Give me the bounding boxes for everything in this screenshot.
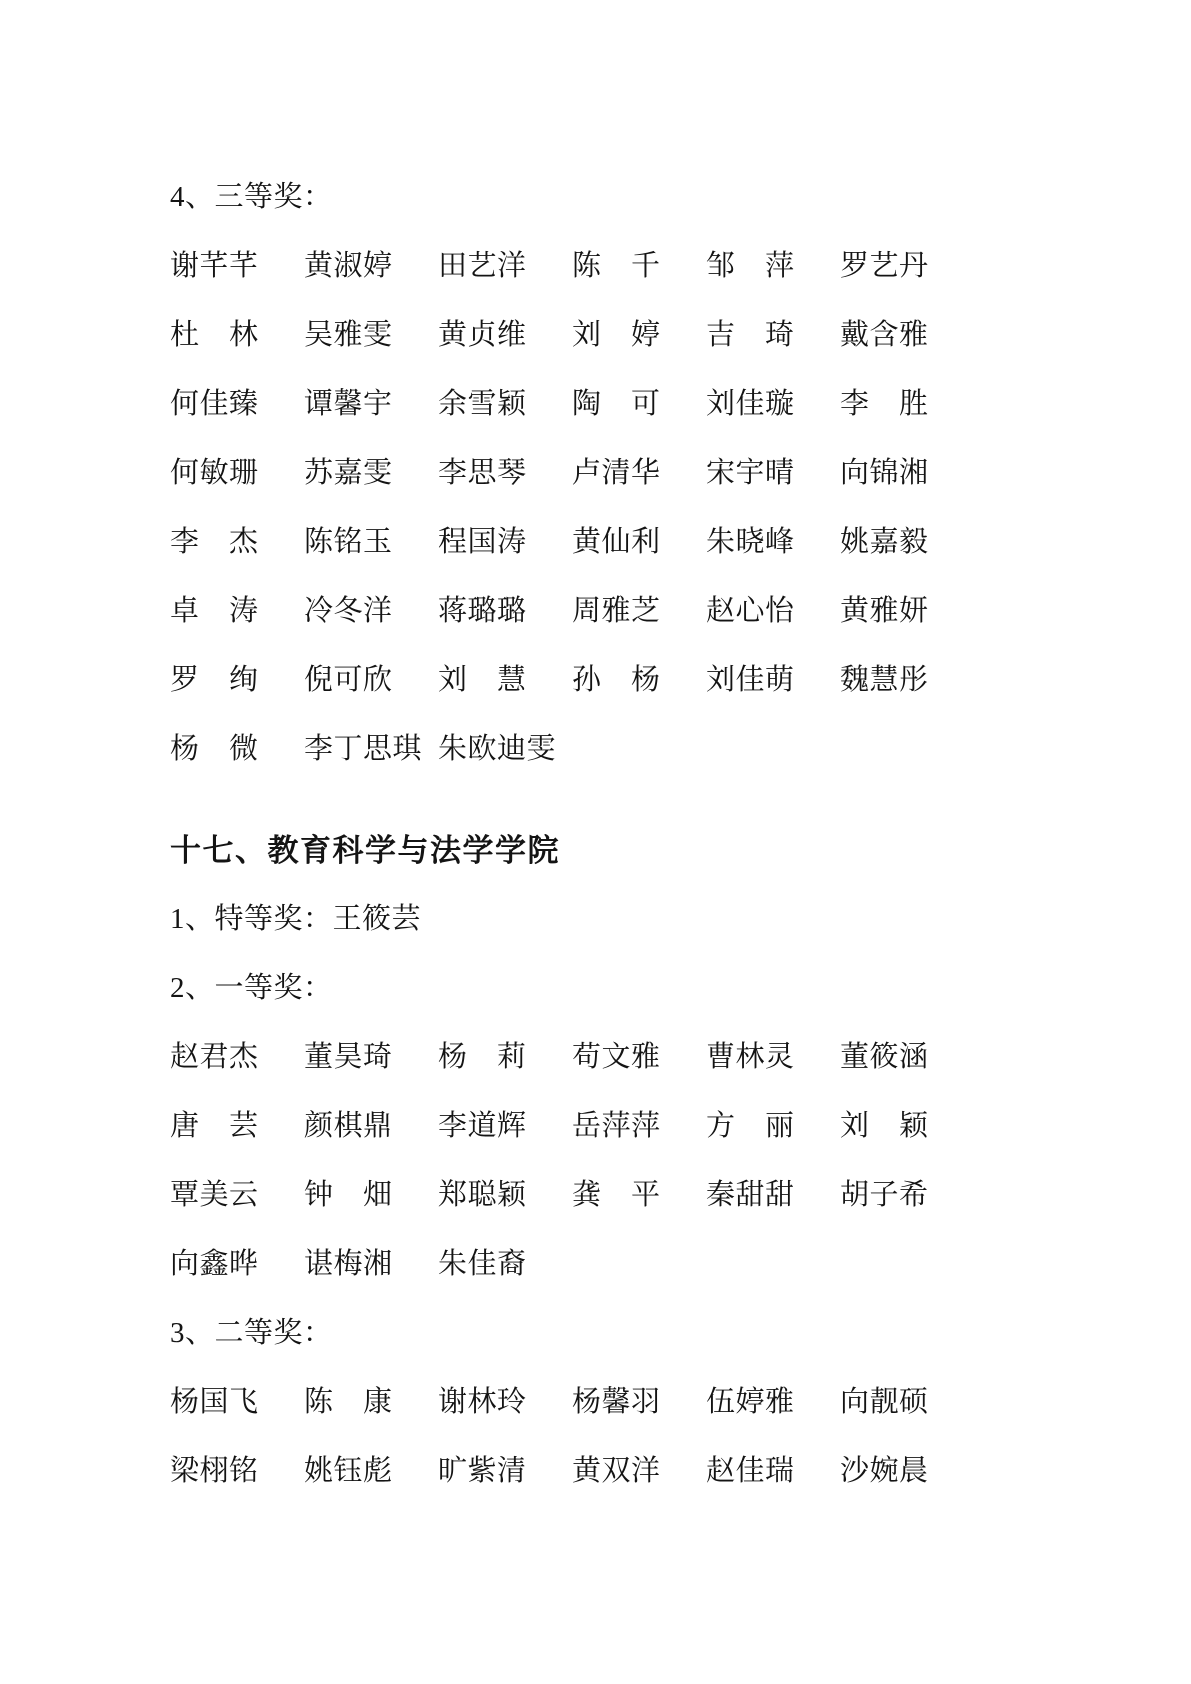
awardee-name: 周雅芝 — [572, 588, 670, 629]
awardee-name: 李丁思琪 — [304, 726, 402, 767]
awardee-name: 谭馨宇 — [304, 381, 402, 422]
names-row: 卓 涛冷冬洋蒋璐璐周雅芝赵心怡黄雅妍 — [170, 574, 938, 643]
awardee-name: 方 丽 — [706, 1103, 804, 1144]
names-row: 梁栩铭姚钰彪旷紫清黄双洋赵佳瑞沙婉晨 — [170, 1434, 938, 1503]
awardee-name: 杨 莉 — [438, 1034, 536, 1075]
names-row: 谢芊芊黄淑婷田艺洋陈 千邹 萍罗艺丹 — [170, 229, 938, 298]
awardee-name: 罗艺丹 — [840, 243, 938, 284]
names-row: 杨 微李丁思琪朱欧迪雯 — [170, 712, 938, 781]
awardee-name: 董昊琦 — [304, 1034, 402, 1075]
awardee-name: 刘佳萌 — [706, 657, 804, 698]
document-page: 4、三等奖：谢芊芊黄淑婷田艺洋陈 千邹 萍罗艺丹杜 林吴雅雯黄贞维刘 婷吉 琦戴… — [0, 0, 1191, 1684]
awardee-name: 陈 康 — [304, 1379, 402, 1420]
awardee-name: 郑聪颖 — [438, 1172, 536, 1213]
awardee-name: 覃美云 — [170, 1172, 268, 1213]
names-row: 杨国飞陈 康谢林玲杨馨羽伍婷雅向靓硕 — [170, 1365, 938, 1434]
awardee-name: 姚嘉毅 — [840, 519, 938, 560]
awardee-name: 苟文雅 — [572, 1034, 670, 1075]
awardee-name: 黄淑婷 — [304, 243, 402, 284]
names-row: 杜 林吴雅雯黄贞维刘 婷吉 琦戴含雅 — [170, 298, 938, 367]
awardee-name: 姚钰彪 — [304, 1448, 402, 1489]
awardee-name: 黄贞维 — [438, 312, 536, 353]
awardee-name: 程国涛 — [438, 519, 536, 560]
awardee-name: 李 胜 — [840, 381, 938, 422]
awardee-name: 吉 琦 — [706, 312, 804, 353]
awardee-name: 刘 颖 — [840, 1103, 938, 1144]
awardee-name: 谌梅湘 — [304, 1241, 402, 1282]
awardee-name: 赵君杰 — [170, 1034, 268, 1075]
prize-label: 3、二等奖： — [170, 1296, 938, 1365]
awardee-name: 卢清华 — [572, 450, 670, 491]
names-row: 李 杰陈铭玉程国涛黄仙利朱晓峰姚嘉毅 — [170, 505, 938, 574]
awardee-name: 宋宇晴 — [706, 450, 804, 491]
awardee-name: 苏嘉雯 — [304, 450, 402, 491]
names-row: 何佳臻谭馨宇余雪颖陶 可刘佳璇李 胜 — [170, 367, 938, 436]
awardee-name: 杨 微 — [170, 726, 268, 767]
awardee-name: 陶 可 — [572, 381, 670, 422]
awardee-name: 余雪颖 — [438, 381, 536, 422]
awardee-name: 向鑫晔 — [170, 1241, 268, 1282]
awardee-name: 谢林玲 — [438, 1379, 536, 1420]
prize-label: 4、三等奖： — [170, 160, 938, 229]
awardee-name: 岳萍萍 — [572, 1103, 670, 1144]
awardee-name: 李 杰 — [170, 519, 268, 560]
names-row: 何敏珊苏嘉雯李思琴卢清华宋宇晴向锦湘 — [170, 436, 938, 505]
awardee-name: 卓 涛 — [170, 588, 268, 629]
names-row: 向鑫晔谌梅湘朱佳裔 — [170, 1227, 938, 1296]
names-row: 罗 绚倪可欣刘 慧孙 杨刘佳萌魏慧彤 — [170, 643, 938, 712]
awardee-name: 董筱涵 — [840, 1034, 938, 1075]
prize-label: 2、一等奖： — [170, 951, 938, 1020]
names-row: 赵君杰董昊琦杨 莉苟文雅曹林灵董筱涵 — [170, 1020, 938, 1089]
awardee-name: 杨国飞 — [170, 1379, 268, 1420]
awardee-name: 赵佳瑞 — [706, 1448, 804, 1489]
awardee-name: 吴雅雯 — [304, 312, 402, 353]
awardee-name: 陈铭玉 — [304, 519, 402, 560]
awardee-name: 向靓硕 — [840, 1379, 938, 1420]
awardee-name: 朱佳裔 — [438, 1241, 536, 1282]
awardee-name: 邹 萍 — [706, 243, 804, 284]
awardee-name: 黄仙利 — [572, 519, 670, 560]
college-heading: 十七、教育科学与法学学院 — [170, 813, 938, 882]
awardee-name: 李思琴 — [438, 450, 536, 491]
awardee-name: 梁栩铭 — [170, 1448, 268, 1489]
awardee-name: 冷冬洋 — [304, 588, 402, 629]
awardee-name: 钟 畑 — [304, 1172, 402, 1213]
awardee-name: 伍婷雅 — [706, 1379, 804, 1420]
awardee-name: 龚 平 — [572, 1172, 670, 1213]
awardee-name: 曹林灵 — [706, 1034, 804, 1075]
awardee-name: 胡子希 — [840, 1172, 938, 1213]
awardee-name: 蒋璐璐 — [438, 588, 536, 629]
awardee-name: 黄雅妍 — [840, 588, 938, 629]
awardee-name: 朱晓峰 — [706, 519, 804, 560]
awardee-name: 沙婉晨 — [840, 1448, 938, 1489]
prize-label: 1、特等奖：王筱芸 — [170, 882, 938, 951]
names-row: 唐 芸颜棋鼎李道辉岳萍萍方 丽刘 颖 — [170, 1089, 938, 1158]
awardee-name: 唐 芸 — [170, 1103, 268, 1144]
awardee-name: 旷紫清 — [438, 1448, 536, 1489]
awardee-name: 孙 杨 — [572, 657, 670, 698]
awardee-name: 秦甜甜 — [706, 1172, 804, 1213]
document-content: 4、三等奖：谢芊芊黄淑婷田艺洋陈 千邹 萍罗艺丹杜 林吴雅雯黄贞维刘 婷吉 琦戴… — [170, 160, 938, 1503]
awardee-name: 谢芊芊 — [170, 243, 268, 284]
awardee-name: 罗 绚 — [170, 657, 268, 698]
awardee-name: 黄双洋 — [572, 1448, 670, 1489]
awardee-name: 刘 婷 — [572, 312, 670, 353]
awardee-name: 向锦湘 — [840, 450, 938, 491]
awardee-name: 刘 慧 — [438, 657, 536, 698]
names-row: 覃美云钟 畑郑聪颖龚 平秦甜甜胡子希 — [170, 1158, 938, 1227]
awardee-name: 田艺洋 — [438, 243, 536, 284]
awardee-name: 赵心怡 — [706, 588, 804, 629]
awardee-name: 倪可欣 — [304, 657, 402, 698]
awardee-name: 戴含雅 — [840, 312, 938, 353]
awardee-name: 陈 千 — [572, 243, 670, 284]
awardee-name: 何佳臻 — [170, 381, 268, 422]
awardee-name: 朱欧迪雯 — [438, 726, 536, 767]
awardee-name: 李道辉 — [438, 1103, 536, 1144]
awardee-name: 刘佳璇 — [706, 381, 804, 422]
awardee-name: 杜 林 — [170, 312, 268, 353]
awardee-name: 杨馨羽 — [572, 1379, 670, 1420]
awardee-name: 魏慧彤 — [840, 657, 938, 698]
awardee-name: 何敏珊 — [170, 450, 268, 491]
awardee-name: 颜棋鼎 — [304, 1103, 402, 1144]
